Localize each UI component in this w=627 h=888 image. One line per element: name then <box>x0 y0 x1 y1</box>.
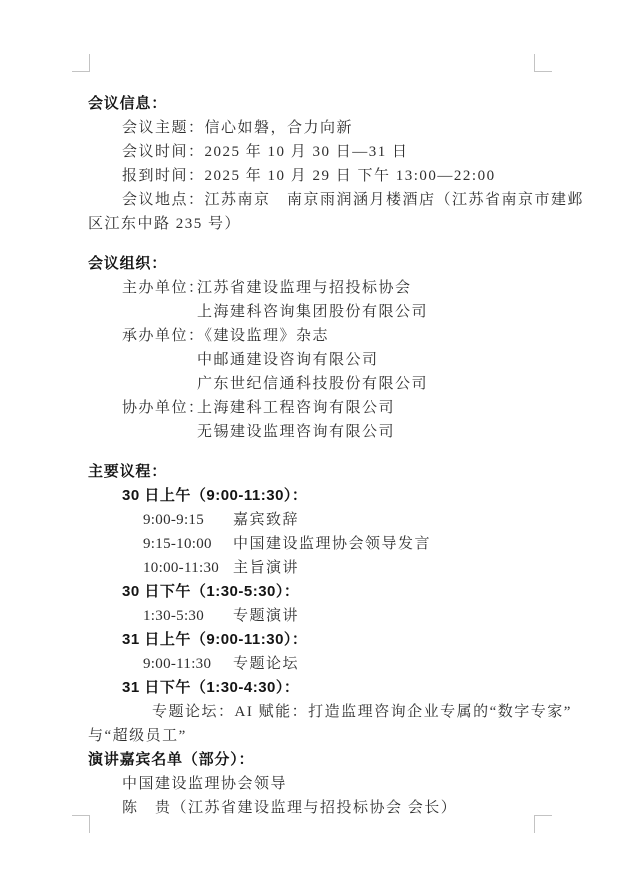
meeting-topic-line: 会议主题：信心如磐，合力向新 <box>88 116 566 140</box>
org-row: 中邮通建设咨询有限公司 <box>88 348 566 372</box>
section-meeting-info: 会议信息： 会议主题：信心如磐，合力向新 会议时间：2025 年 10 月 30… <box>88 92 566 236</box>
org-name: 上海建科工程咨询有限公司 <box>197 400 395 416</box>
crop-mark-top-left <box>72 54 90 72</box>
agenda-time: 9:00-9:15 <box>143 508 233 532</box>
agenda-time: 1:30-5:30 <box>143 604 233 628</box>
section-heading-speakers: 演讲嘉宾名单（部分）： <box>88 748 566 772</box>
section-organization: 会议组织： 主办单位：江苏省建设监理与招投标协会 上海建科咨询集团股份有限公司 … <box>88 252 566 444</box>
agenda-item: 1:30-5:30专题演讲 <box>88 604 566 628</box>
forum-topic-line-2: 与“超级员工” <box>88 724 566 748</box>
agenda-session-title: 30 日上午（9:00-11:30）： <box>88 484 566 508</box>
agenda-session-title: 31 日上午（9:00-11:30）： <box>88 628 566 652</box>
agenda-desc: 嘉宾致辞 <box>233 512 299 528</box>
section-heading-meeting-info: 会议信息： <box>88 92 566 116</box>
checkin-time-line: 报到时间：2025 年 10 月 29 日 下午 13:00—22:00 <box>88 164 566 188</box>
agenda-item: 10:00-11:30主旨演讲 <box>88 556 566 580</box>
meeting-venue-line: 会议地点：江苏南京 南京雨润涵月楼酒店（江苏省南京市建邺 <box>88 188 566 212</box>
agenda-desc: 专题演讲 <box>233 608 299 624</box>
org-label: 主办单位： <box>122 276 197 300</box>
agenda-item: 9:00-11:30专题论坛 <box>88 652 566 676</box>
section-agenda: 主要议程： 30 日上午（9:00-11:30）： 9:00-9:15嘉宾致辞 … <box>88 460 566 748</box>
agenda-desc: 主旨演讲 <box>233 560 299 576</box>
section-heading-agenda: 主要议程： <box>88 460 566 484</box>
org-label: 协办单位： <box>122 396 197 420</box>
org-name: 广东世纪信通科技股份有限公司 <box>197 376 428 392</box>
org-row: 广东世纪信通科技股份有限公司 <box>88 372 566 396</box>
org-label: 承办单位： <box>122 324 197 348</box>
org-name: 《建设监理》杂志 <box>197 328 329 344</box>
org-row: 协办单位：上海建科工程咨询有限公司 <box>88 396 566 420</box>
org-row: 主办单位：江苏省建设监理与招投标协会 <box>88 276 566 300</box>
agenda-session-title: 30 日下午（1:30-5:30）： <box>88 580 566 604</box>
agenda-session-title: 31 日下午（1:30-4:30）： <box>88 676 566 700</box>
section-heading-organization: 会议组织： <box>88 252 566 276</box>
crop-mark-top-right <box>534 54 552 72</box>
document-page: 会议信息： 会议主题：信心如磐，合力向新 会议时间：2025 年 10 月 30… <box>0 0 627 888</box>
org-row: 承办单位：《建设监理》杂志 <box>88 324 566 348</box>
agenda-desc: 专题论坛 <box>233 656 299 672</box>
agenda-item: 9:00-9:15嘉宾致辞 <box>88 508 566 532</box>
meeting-time-line: 会议时间：2025 年 10 月 30 日—31 日 <box>88 140 566 164</box>
document-content: 会议信息： 会议主题：信心如磐，合力向新 会议时间：2025 年 10 月 30… <box>88 92 566 820</box>
agenda-item: 9:15-10:00中国建设监理协会领导发言 <box>88 532 566 556</box>
agenda-desc: 中国建设监理协会领导发言 <box>233 536 431 552</box>
meeting-venue-wrap-line: 区江东中路 235 号） <box>88 212 566 236</box>
agenda-time: 9:15-10:00 <box>143 532 233 556</box>
section-speakers: 演讲嘉宾名单（部分）： 中国建设监理协会领导 陈 贵（江苏省建设监理与招投标协会… <box>88 748 566 820</box>
org-row: 无锡建设监理咨询有限公司 <box>88 420 566 444</box>
org-name: 上海建科咨询集团股份有限公司 <box>197 304 428 320</box>
agenda-time: 9:00-11:30 <box>143 652 233 676</box>
speaker-line: 中国建设监理协会领导 <box>88 772 566 796</box>
agenda-time: 10:00-11:30 <box>143 556 233 580</box>
org-name: 江苏省建设监理与招投标协会 <box>197 280 412 296</box>
forum-topic-line-1: 专题论坛：AI 赋能：打造监理咨询企业专属的“数字专家” <box>88 700 566 724</box>
speaker-line: 陈 贵（江苏省建设监理与招投标协会 会长） <box>88 796 566 820</box>
org-name: 中邮通建设咨询有限公司 <box>197 352 379 368</box>
org-row: 上海建科咨询集团股份有限公司 <box>88 300 566 324</box>
org-name: 无锡建设监理咨询有限公司 <box>197 424 395 440</box>
